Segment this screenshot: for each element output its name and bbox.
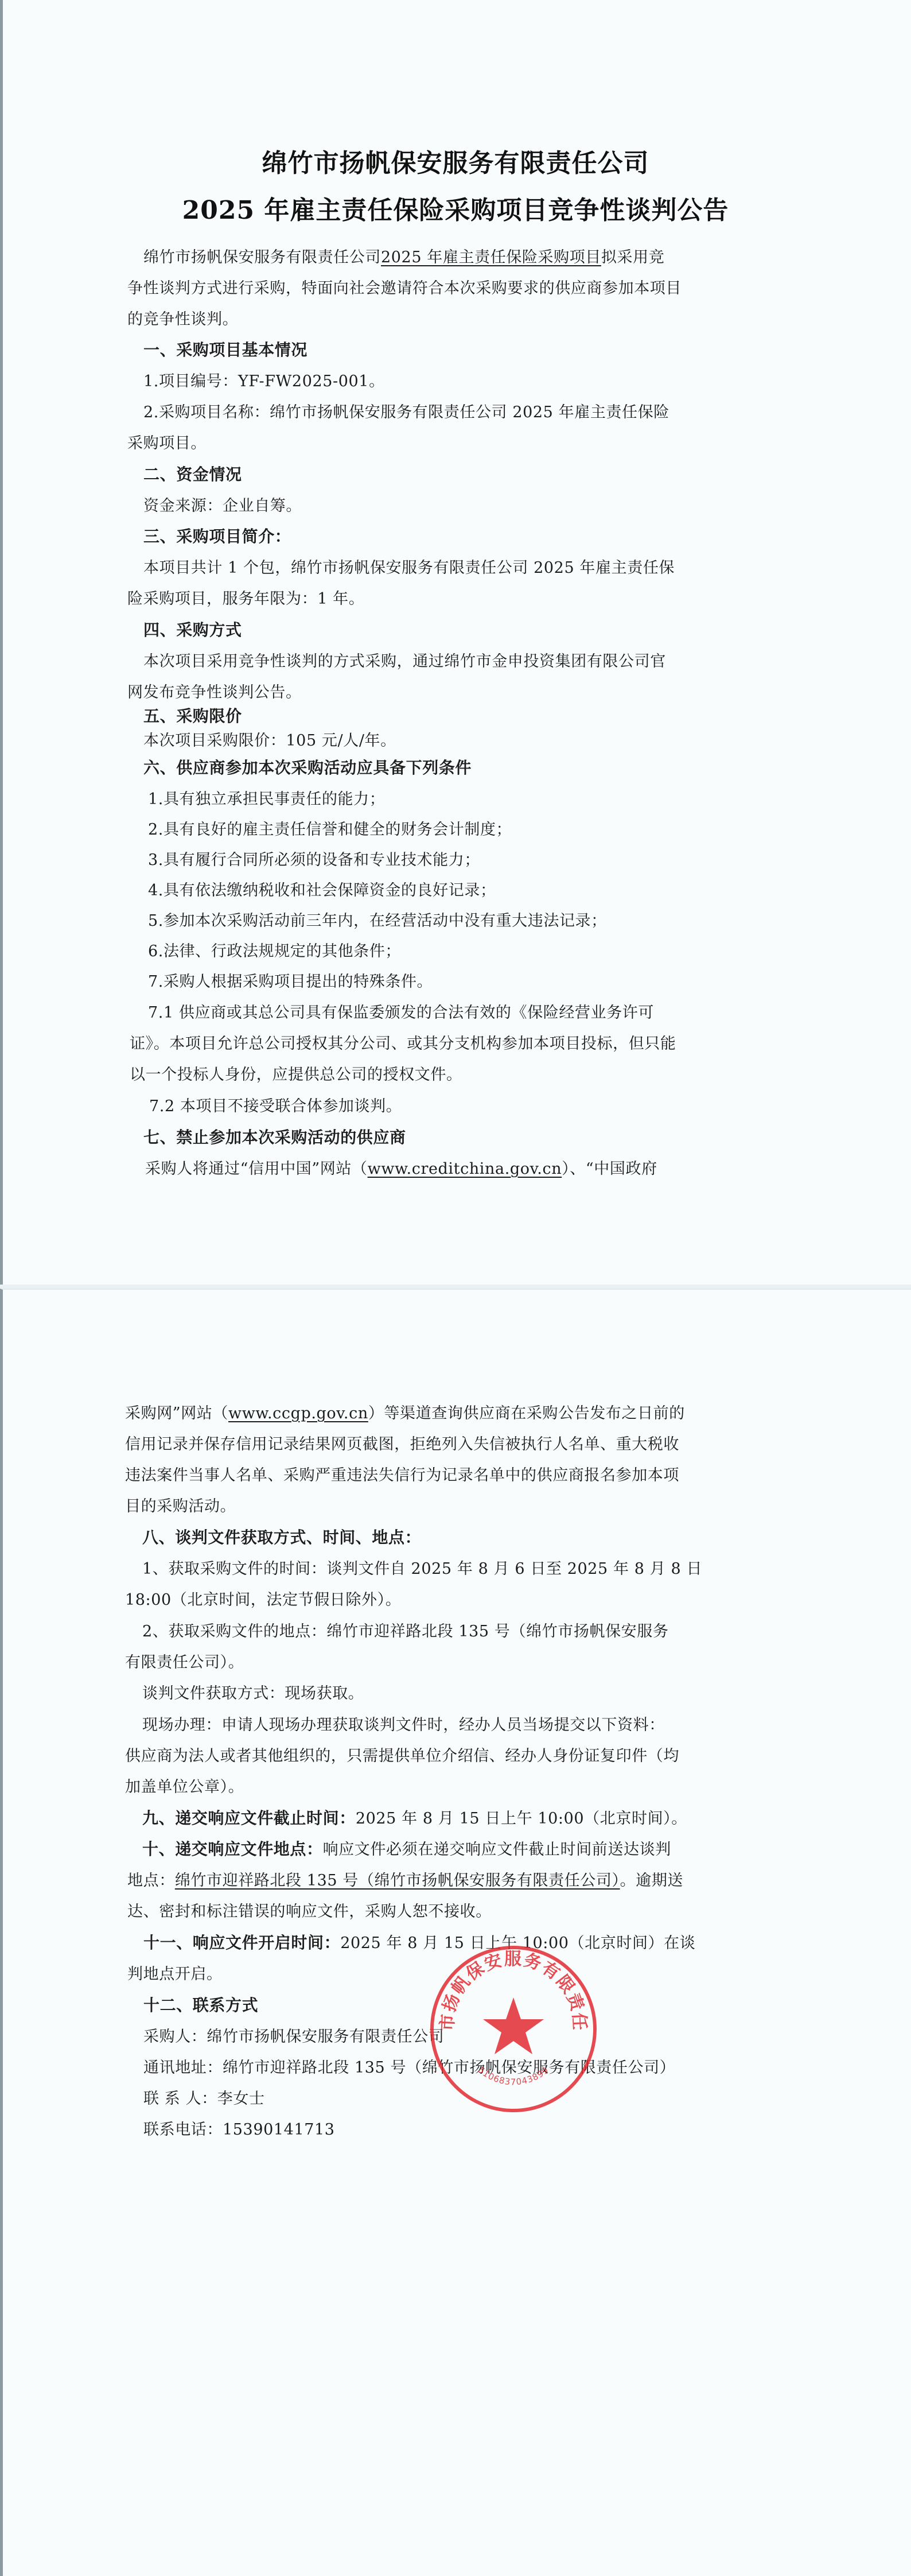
project-name-line-2: 采购项目。 [127,430,207,453]
document-acquisition-time-line-2: 18:00（北京时间，法定节假日除外）。 [125,1587,401,1609]
prohibited-suppliers-line-3: 信用记录并保存信用记录结果网页截图，拒绝列入失信被执行人名单、重大税收 [125,1431,679,1454]
requirement-7-1-line-2: 证》。本项目允许总公司授权其分公司、或其分支机构参加本项目投标，但只能 [130,1031,676,1053]
prohibited-suppliers-line-4: 违法案件当事人名单、采购严重违法失信行为记录名单中的供应商报名参加本项 [125,1462,679,1485]
requirement-7-2: 7.2 本项目不接受联合体参加谈判。 [149,1093,402,1116]
location-label: 地点： [127,1872,175,1890]
document-title-line-1: 绵竹市扬帆保安服务有限责任公司 [0,142,911,179]
onsite-handling-line-2: 供应商为法人或者其他组织的，只需提供单位介绍信、经办人身份证复印件（均 [125,1743,679,1766]
ccgp-link[interactable]: www.ccgp.gov.cn [228,1405,368,1422]
requirement-item: 7.采购人根据采购项目提出的特殊条件。 [148,969,433,991]
submission-location-line-2: 地点：绵竹市迎祥路北段 135 号（绵竹市扬帆保安服务有限责任公司）。逾期送 [127,1868,683,1890]
onsite-handling-line-3: 加盖单位公章）。 [125,1774,244,1797]
section-11-heading: 十一、响应文件开启时间： [143,1933,340,1952]
project-name-underlined: 2025 年雇主责任保险采购项目 [381,249,601,266]
submission-deadline-value: 2025 年 8 月 15 日上午 10:00（北京时间）。 [356,1810,687,1828]
requirement-item: 4.具有依法缴纳税收和社会保障资金的良好记录； [148,878,496,900]
prohibited-suppliers-line-5: 目的采购活动。 [125,1493,236,1516]
requirement-7-1-line-3: 以一个投标人身份，应提供总公司的授权文件。 [130,1062,462,1084]
requirement-item: 6.法律、行政法规规定的其他条件； [148,938,401,961]
project-name-line-1: 2.采购项目名称：绵竹市扬帆保安服务有限责任公司 2025 年雇主责任保险 [143,399,669,422]
prohibited-text: 采购人将通过“信用中国”网站（ [145,1160,368,1178]
intro-paragraph-line-1: 绵竹市扬帆保安服务有限责任公司2025 年雇主责任保险采购项目拟采用竞 [143,245,664,267]
section-4-heading: 四、采购方式 [143,618,242,641]
prohibited-text-cont: ）等渠道查询供应商在采购公告发布之日前的 [368,1405,685,1422]
project-number: 1.项目编号：YF-FW2025-001。 [143,368,385,391]
submission-address-underlined: 绵竹市迎祥路北段 135 号（绵竹市扬帆保安服务有限责任公司） [175,1872,620,1890]
opening-time-value: 2025 年 8 月 15 日上午 10:00（北京时间）在谈 [340,1934,695,1952]
project-intro-line-1: 本项目共计 1 个包，绵竹市扬帆保安服务有限责任公司 2025 年雇主责任保 [143,555,675,577]
requirement-item: 1.具有独立承担民事责任的能力； [148,786,385,809]
opening-time-line-1: 十一、响应文件开启时间：2025 年 8 月 15 日上午 10:00（北京时间… [143,1930,695,1953]
intro-paragraph-line-2: 争性谈判方式进行采购，特面向社会邀请符合本次采购要求的供应商参加本项目 [127,276,682,298]
section-5-heading: 五、采购限价 [143,704,242,727]
submission-location-line-3: 达、密封和标注错误的响应文件，采购人恕不接收。 [127,1899,492,1921]
section-2-heading: 二、资金情况 [143,462,242,485]
contact-phone: 联系电话：15390141713 [143,2117,335,2139]
intro-text: 绵竹市扬帆保安服务有限责任公司 [143,249,381,266]
contact-address: 通讯地址：绵竹市迎祥路北段 135 号（绵竹市扬帆保安服务有限责任公司） [143,2055,675,2077]
onsite-handling-line-1: 现场办理：申请人现场办理获取谈判文件时，经办人员当场提交以下资料： [142,1712,665,1735]
procurement-method-line-1: 本次项目采用竞争性谈判的方式采购，通过绵竹市金申投资集团有限公司官 [143,649,666,671]
requirement-item: 2.具有良好的雇主责任信誉和健全的财务会计制度； [148,817,512,839]
procurement-method-line-2: 网发布竞争性谈判公告。 [127,680,302,702]
prohibited-text: 采购网”网站（ [125,1405,228,1422]
project-intro-line-2: 险采购项目，服务年限为：1 年。 [127,586,364,608]
document-acquisition-method: 谈判文件获取方式：现场获取。 [142,1681,364,1703]
section-1-heading: 一、采购项目基本情况 [143,337,307,360]
requirement-item: 5.参加本次采购活动前三年内，在经营活动中没有重大违法记录； [148,908,607,930]
section-3-heading: 三、采购项目简介： [143,524,291,547]
opening-time-line-2: 判地点开启。 [127,1961,223,1984]
document-acquisition-place-line-2: 有限责任公司）。 [125,1650,244,1672]
requirement-item: 3.具有履行合同所必须的设备和专业技术能力； [148,847,480,870]
contact-person: 联 系 人：李女士 [143,2086,265,2108]
intro-text-cont: 拟采用竞 [601,249,664,266]
submission-location-text: 响应文件必须在递交响应文件截止时间前送达谈判 [323,1841,671,1859]
document-title-line-2: 2025 年雇主责任保险采购项目竞争性谈判公告 [0,189,911,226]
location-text-cont: 。逾期送 [620,1872,683,1890]
submission-deadline: 九、递交响应文件截止时间：2025 年 8 月 15 日上午 10:00（北京时… [142,1806,687,1829]
section-10-heading: 十、递交响应文件地点： [142,1840,323,1859]
prohibited-text-cont: ）、“中国政府 [562,1160,657,1178]
section-12-heading: 十二、联系方式 [143,1993,258,2016]
section-6-heading: 六、供应商参加本次采购活动应具备下列条件 [143,755,472,778]
intro-paragraph-line-3: 的竞争性谈判。 [127,307,238,329]
contact-buyer: 采购人：绵竹市扬帆保安服务有限责任公司 [143,2024,444,2046]
prohibited-suppliers-line-1: 采购人将通过“信用中国”网站（www.creditchina.gov.cn）、“… [145,1156,657,1178]
document-acquisition-place-line-1: 2、获取采购文件的地点：绵竹市迎祥路北段 135 号（绵竹市扬帆保安服务 [142,1619,668,1641]
funding-source: 资金来源：企业自筹。 [143,493,302,515]
section-9-heading: 九、递交响应文件截止时间： [142,1809,356,1828]
document-acquisition-time-line-1: 1、获取采购文件的时间：谈判文件自 2025 年 8 月 6 日至 2025 年… [142,1556,702,1578]
prohibited-suppliers-line-2: 采购网”网站（www.ccgp.gov.cn）等渠道查询供应商在采购公告发布之日… [125,1400,685,1423]
section-8-heading: 八、谈判文件获取方式、时间、地点： [142,1525,421,1548]
creditchina-link[interactable]: www.creditchina.gov.cn [368,1160,562,1178]
submission-location-line-1: 十、递交响应文件地点：响应文件必须在递交响应文件截止时间前送达谈判 [142,1837,671,1860]
requirement-7-1-line-1: 7.1 供应商或其总公司具有保监委颁发的合法有效的《保险经营业务许可 [148,1000,654,1022]
section-7-heading: 七、禁止参加本次采购活动的供应商 [143,1125,406,1148]
price-limit: 本次项目采购限价：105 元/人/年。 [143,728,396,750]
